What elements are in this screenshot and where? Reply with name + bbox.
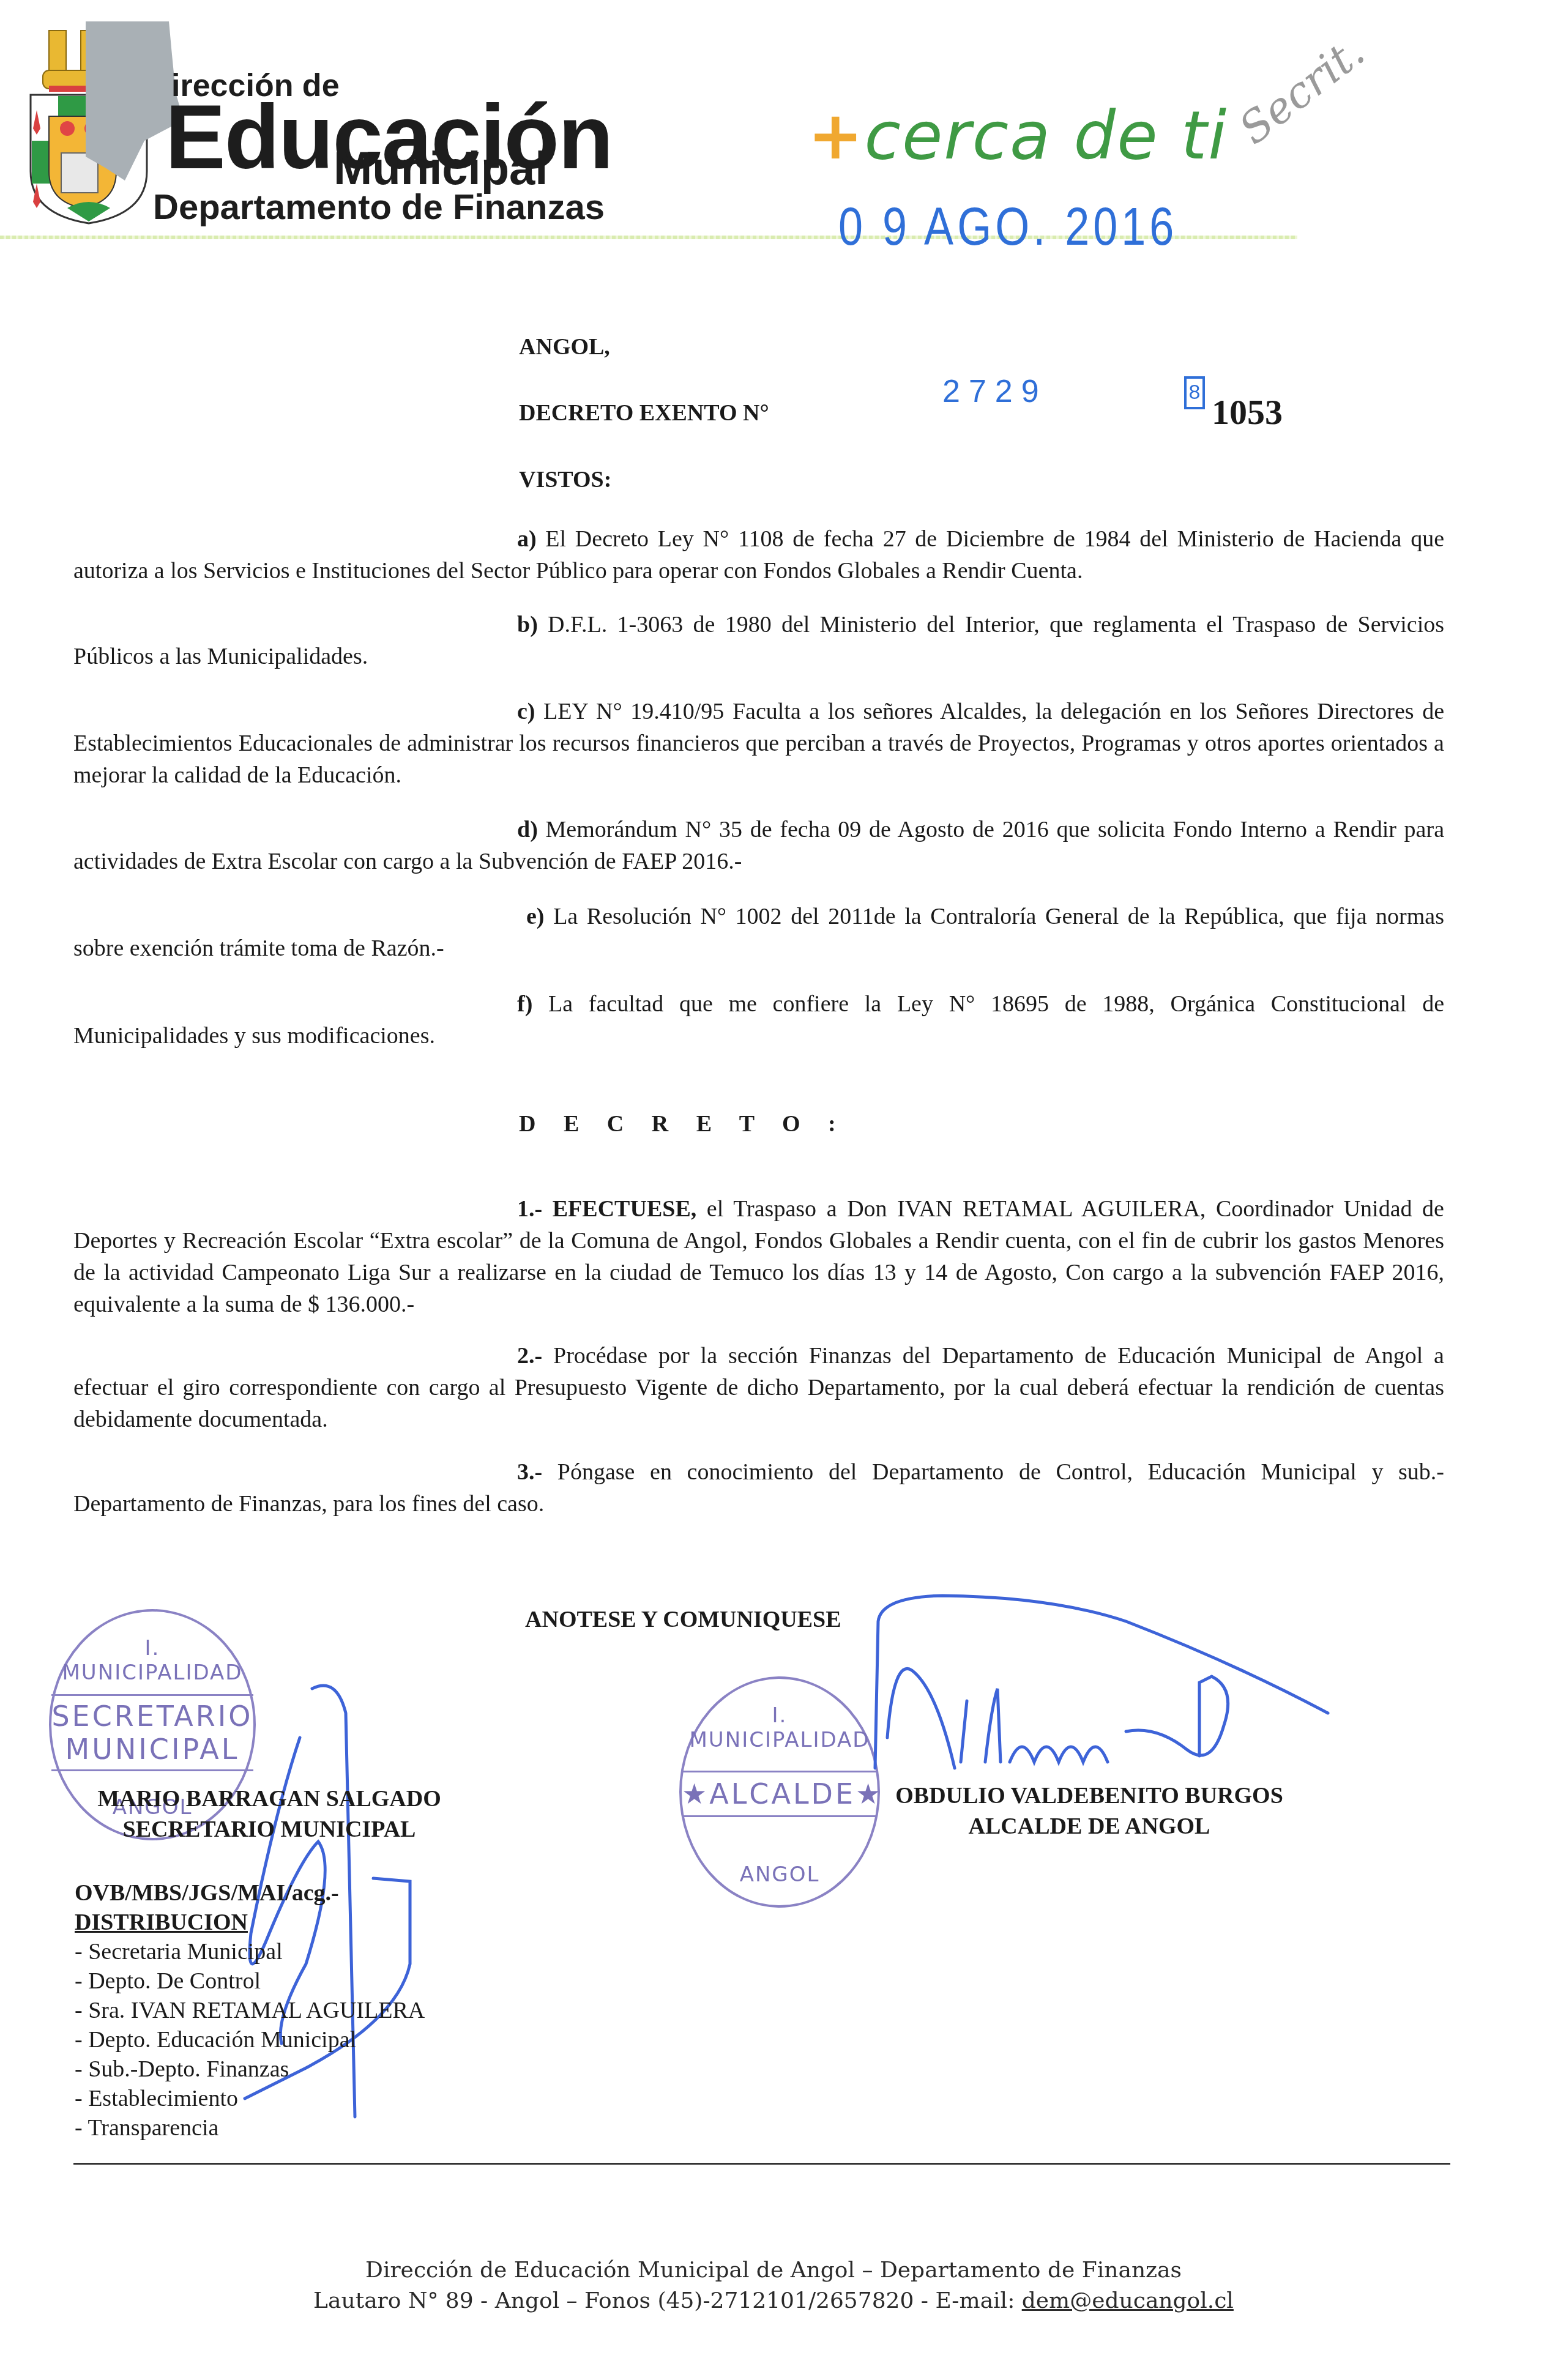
distribution-item: - Sub.-Depto. Finanzas	[75, 2055, 425, 2084]
distribution-item: - Establecimiento	[75, 2084, 425, 2113]
mayor-name: OBDULIO VALDEBENITO BURGOS	[869, 1780, 1310, 1811]
initials: OVB/MBS/JGS/MAI/acg.-	[75, 1878, 425, 1908]
decree-number: 1053	[1212, 392, 1283, 433]
distribution-item: - Transparencia	[75, 2113, 425, 2143]
email-link[interactable]: dem@educangol.cl	[1022, 2288, 1234, 2313]
vistos-label: VISTOS:	[519, 466, 611, 493]
slogan-text: cerca de ti	[865, 98, 1228, 174]
decreto-item-3: 3.- Póngase en conocimiento del Departam…	[73, 1456, 1444, 1520]
received-date-stamp: 0 9 AGO. 2016	[838, 197, 1177, 257]
decree-label: DECRETO EXENTO N°	[519, 400, 769, 426]
decreto-item-2: 2.- Procédase por la sección Finanzas de…	[73, 1340, 1444, 1435]
footer-line-2: Lautaro N° 89 - Angol – Fonos (45)-27121…	[0, 2288, 1547, 2313]
visto-b: b) D.F.L. 1-3063 de 1980 del Ministerio …	[73, 609, 1444, 672]
city-label: ANGOL,	[519, 333, 610, 360]
stamp-box-icon: 8	[1184, 376, 1205, 409]
mayor-title: ALCALDE DE ANGOL	[869, 1811, 1310, 1842]
closing-formula: ANOTESE Y COMUNIQUESE	[525, 1606, 841, 1633]
mayor-signature	[869, 1585, 1346, 1787]
secretary-name: MARIO BARRAGAN SALGADO	[67, 1783, 471, 1814]
plus-icon: +	[808, 98, 865, 174]
visto-e: e) La Resolución N° 1002 del 2011de la C…	[73, 901, 1444, 964]
visto-f: f) La facultad que me confiere la Ley N°…	[73, 988, 1444, 1052]
decreto-item-1: 1.- EFECTUESE, el Traspaso a Don IVAN RE…	[73, 1193, 1444, 1320]
handwritten-note: Secrit.	[1230, 26, 1374, 154]
slogan: +cerca de ti	[808, 98, 1228, 174]
distribution-item: - Secretaria Municipal	[75, 1937, 425, 1966]
footer-divider	[73, 2163, 1450, 2165]
mayor-seal: I. MUNICIPALIDAD ★ALCALDE★ ANGOL	[679, 1676, 880, 1908]
decree-stamp-number: 2729	[942, 373, 1048, 410]
secretary-signatory: MARIO BARRAGAN SALGADO SECRETARIO MUNICI…	[67, 1783, 471, 1845]
distribution-heading: DISTRIBUCION	[75, 1908, 425, 1937]
footer-line-1: Dirección de Educación Municipal de Ango…	[0, 2258, 1547, 2283]
mayor-signatory: OBDULIO VALDEBENITO BURGOS ALCALDE DE AN…	[869, 1780, 1310, 1842]
header-department: Departamento de Finanzas	[153, 187, 605, 228]
visto-c: c) LEY N° 19.410/95 Faculta a los señore…	[73, 696, 1444, 791]
distribution-item: - Depto. Educación Municipal	[75, 2025, 425, 2055]
distribution-item: - Sra. IVAN RETAMAL AGUILERA	[75, 1996, 425, 2025]
distribution-item: - Depto. De Control	[75, 1966, 425, 1996]
visto-a: a) El Decreto Ley N° 1108 de fecha 27 de…	[73, 523, 1444, 587]
distribution-block: OVB/MBS/JGS/MAI/acg.- DISTRIBUCION - Sec…	[75, 1878, 425, 2143]
secretary-title: SECRETARIO MUNICIPAL	[67, 1814, 471, 1845]
decreto-heading: D E C R E T O :	[519, 1110, 847, 1137]
visto-d: d) Memorándum N° 35 de fecha 09 de Agost…	[73, 814, 1444, 877]
